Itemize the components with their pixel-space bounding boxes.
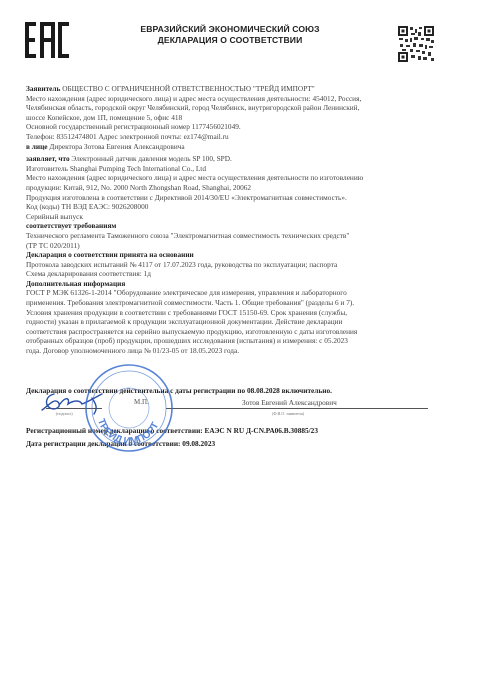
validity-statement: Декларация о соответствии действительна …	[26, 386, 332, 395]
eac-mark-icon	[24, 21, 70, 59]
additional-line: ГОСТ Р МЭК 61326-1-2014 "Оборудование эл…	[26, 288, 466, 298]
additional-line: применения. Требования электромагнитной …	[26, 298, 466, 308]
applicant-address: Челябинская область, городской округ Чел…	[26, 103, 466, 113]
seal-place-label: М.П.	[134, 398, 149, 406]
conforms-heading: соответствует требованиям	[26, 221, 466, 231]
ogrn-number: Основной государственный регистрационный…	[26, 122, 466, 132]
declaration-body: Заявитель ОБЩЕСТВО С ОГРАНИЧЕННОЙ ОТВЕТС…	[26, 84, 466, 356]
regulation-code: (ТР ТС 020/2011)	[26, 241, 466, 251]
applicant-line: Заявитель ОБЩЕСТВО С ОГРАНИЧЕННОЙ ОТВЕТС…	[26, 84, 466, 94]
signature-row: М.П. Зотов Евгений Александрович (подпис…	[26, 396, 428, 420]
name-line	[166, 408, 428, 409]
additional-heading: Дополнительная информация	[26, 279, 466, 289]
basis-text: Протокола заводских испытаний № 4117 от …	[26, 260, 466, 270]
additional-line: отобранных образцов (проб) продукции, пр…	[26, 336, 466, 346]
manufacturer: Изготовитель Shanghai Pumping Tech Inter…	[26, 164, 466, 174]
signer-name: Зотов Евгений Александрович	[242, 398, 337, 407]
applicant-address: Место нахождения (адрес юридического лиц…	[26, 94, 466, 104]
manufacturer-address: продукции: Китай, 912, No. 2000 North Zh…	[26, 183, 466, 193]
basis-heading: Декларация о соответствии принята на осн…	[26, 250, 466, 260]
signature-caption: (подпись)	[56, 411, 73, 416]
additional-line: Условия хранения продукции в соответстви…	[26, 308, 466, 318]
qr-code-icon	[398, 26, 434, 62]
manufacturer-address: Место нахождения (адрес юридического лиц…	[26, 173, 466, 183]
applicant-address: шоссе Копейское, дом 1П, помещение 5, оф…	[26, 113, 466, 123]
signature-line	[46, 408, 102, 409]
document-header: ЕВРАЗИЙСКИЙ ЭКОНОМИЧЕСКИЙ СОЮЗ ДЕКЛАРАЦИ…	[100, 24, 360, 46]
regulation-text: Технического регламента Таможенного союз…	[26, 231, 466, 241]
name-caption: (Ф.И.О. заявителя)	[272, 411, 304, 416]
registration-block: Регистрационный номер декларации о соотв…	[26, 424, 318, 450]
directive: Продукция изготовлена в соответствии с Д…	[26, 193, 466, 203]
applicant-contacts: Телефон: 83512474801 Адрес электронной п…	[26, 132, 466, 142]
document-title: ДЕКЛАРАЦИЯ О СООТВЕТСТВИИ	[100, 35, 360, 46]
eac-logo	[24, 21, 70, 59]
additional-line: года. Договор уполномоченного лица № 01/…	[26, 346, 466, 356]
hs-code: Код (коды) ТН ВЭД ЕАЭС: 9026208000	[26, 202, 466, 212]
registration-date: Дата регистрации декларации о соответств…	[26, 437, 318, 450]
declares-line: заявляет, что Электронный датчик давлени…	[26, 154, 466, 164]
scheme: Схема декларирования соответствия: 1д	[26, 269, 466, 279]
additional-line: годности) указан в прилагаемой к продукц…	[26, 317, 466, 327]
product-name: Электронный датчик давления модель SP 10…	[71, 154, 231, 163]
union-title: ЕВРАЗИЙСКИЙ ЭКОНОМИЧЕСКИЙ СОЮЗ	[100, 24, 360, 35]
release-type: Серийный выпуск	[26, 212, 466, 222]
applicant-name: ОБЩЕСТВО С ОГРАНИЧЕННОЙ ОТВЕТСТВЕННОСТЬЮ…	[62, 84, 315, 93]
registration-number: Регистрационный номер декларации о соотв…	[26, 424, 318, 437]
person-line: в лице Директора Зотова Евгения Александ…	[26, 142, 466, 152]
additional-line: соответствия распространяется на серийно…	[26, 327, 466, 337]
